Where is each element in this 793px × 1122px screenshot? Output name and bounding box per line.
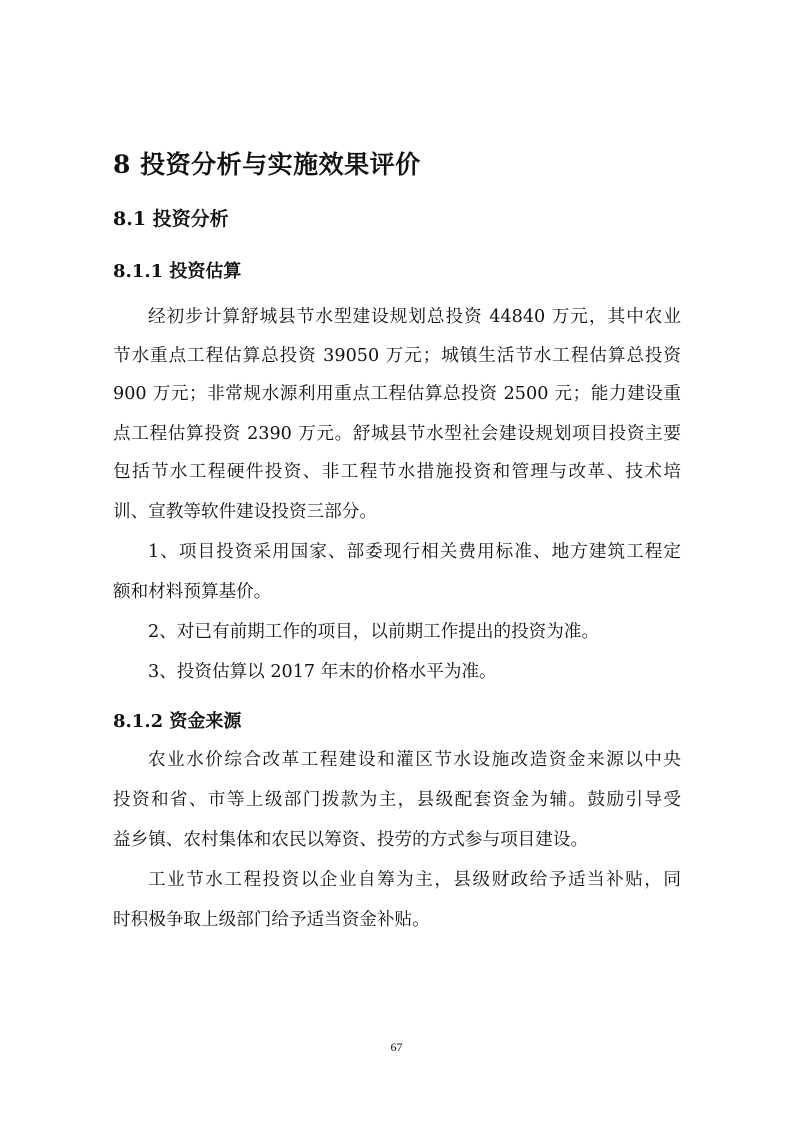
paragraph-line: 点工程估算投资 2390 万元。舒城县节水型社会建设规划项目投资主要 [113,422,681,446]
paragraph-line: 工业节水工程投资以企业自筹为主，县级财政给予适当补贴，同 [148,868,681,892]
paragraph-line: 900 万元；非常规水源利用重点工程估算总投资 2500 元；能力建设重 [113,382,681,406]
page-number: 67 [0,1040,793,1055]
paragraph-line: 训、宣教等软件建设投资三部分。 [113,500,681,524]
paragraph-line: 益乡镇、农村集体和农民以筹资、投劳的方式参与项目建设。 [113,828,681,852]
list-item-line: 3、投资估算以 2017 年末的价格水平为准。 [148,660,681,684]
paragraph-line: 包括节水工程硬件投资、非工程节水措施投资和管理与改革、技术培 [113,460,681,484]
list-item-line: 1、项目投资采用国家、部委现行相关费用标准、地方建筑工程定 [148,540,681,564]
paragraph-line: 节水重点工程估算总投资 39050 万元；城镇生活节水工程估算总投资 [113,344,681,368]
document-page: 8 投资分析与实施效果评价 8.1 投资分析 8.1.1 投资估算 经初步计算舒… [0,0,793,1122]
paragraph-line: 农业水价综合改革工程建设和灌区节水设施改造资金来源以中央 [148,748,681,772]
paragraph-line: 投资和省、市等上级部门拨款为主，县级配套资金为辅。鼓励引导受 [113,788,681,812]
subsection-title-8-1-1: 8.1.1 投资估算 [113,257,241,283]
section-title: 8.1 投资分析 [113,204,229,231]
list-item-line: 额和材料预算基价。 [113,580,681,604]
paragraph-line: 时积极争取上级部门给予适当资金补贴。 [113,908,681,932]
paragraph-line: 经初步计算舒城县节水型建设规划总投资 44840 万元，其中农业 [148,305,681,329]
chapter-title: 8 投资分析与实施效果评价 [113,145,421,181]
subsection-title-8-1-2: 8.1.2 资金来源 [113,707,241,733]
list-item-line: 2、对已有前期工作的项目，以前期工作提出的投资为准。 [148,620,681,644]
